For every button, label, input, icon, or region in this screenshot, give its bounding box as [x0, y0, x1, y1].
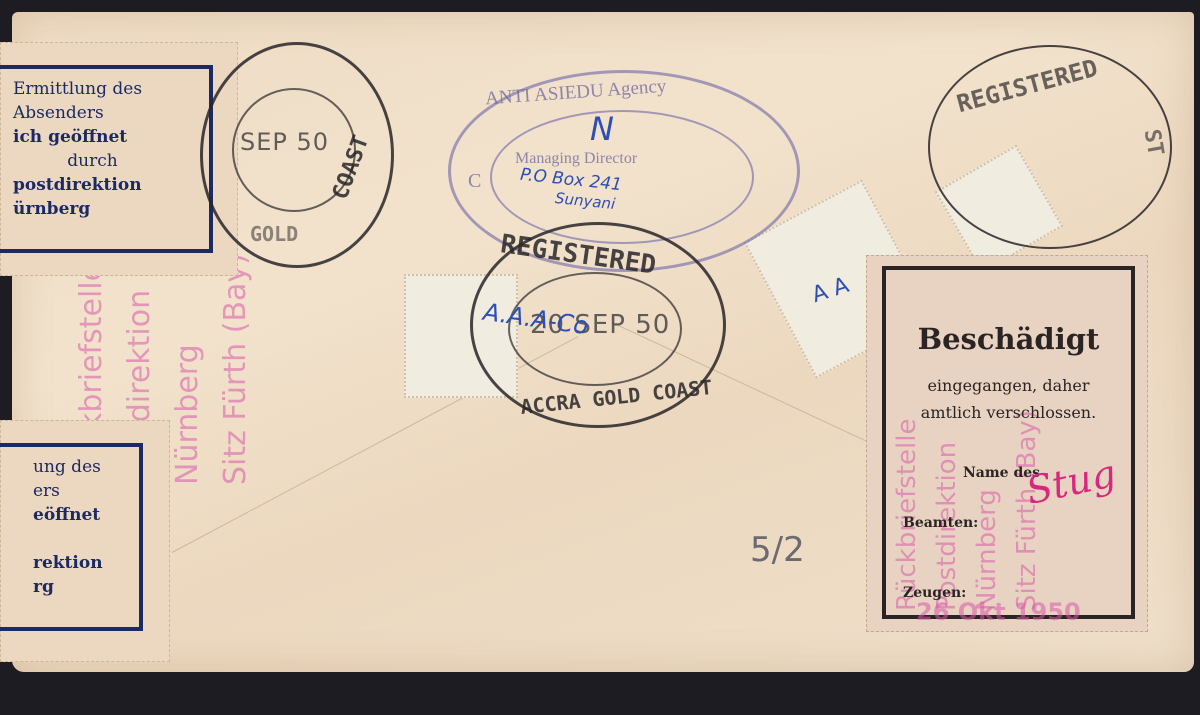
postmark-left-date: SEP 50	[240, 128, 329, 156]
censor-line: ich geöffnet	[13, 125, 142, 149]
official-signature: Stug	[1022, 451, 1119, 513]
postmark-left-bottom: GOLD	[250, 222, 298, 246]
damage-line-1: eingegangen, daher	[886, 376, 1131, 395]
pencil-notation: 5/2	[750, 530, 805, 570]
censor-line: Absenders	[13, 101, 142, 125]
censor-line: rg	[33, 575, 103, 599]
pink-stamp-line: Sitz Fürth (Bay)	[212, 253, 260, 485]
handwritten-initial: N	[590, 110, 614, 148]
censor-label-bottom: ung des ers eöffnet rektion rg	[0, 420, 170, 662]
censor-line: postdirektion	[13, 173, 142, 197]
damage-label: Rückbriefstelle Postdirektion Nürnberg S…	[866, 255, 1148, 632]
postmark-right-side: ST	[1139, 127, 1168, 157]
damage-box: Beschädigt eingegangen, daher amtlich ve…	[882, 266, 1135, 619]
censor-line: ers	[33, 479, 103, 503]
pink-stamp-date: 26 Okt 1950	[916, 598, 1081, 626]
damage-title: Beschädigt	[886, 322, 1131, 356]
damage-line-2: amtlich verschlossen.	[886, 403, 1131, 422]
censor-box: Ermittlung des Absenders ich geöffnet du…	[0, 65, 213, 253]
censor-line: rektion	[33, 551, 103, 575]
censor-line: ung des	[33, 455, 103, 479]
censor-line: durch	[13, 149, 142, 173]
censor-box: ung des ers eöffnet rektion rg	[0, 443, 143, 631]
censor-line	[33, 527, 103, 551]
agency-cachet-bottom: C	[468, 170, 481, 193]
field-official-label: Beamten:	[903, 515, 978, 531]
censor-line: Ermittlung des	[13, 77, 142, 101]
censor-line: eöffnet	[33, 503, 103, 527]
pink-stamp-line: Nürnberg	[164, 253, 212, 485]
censor-line: ürnberg	[13, 197, 142, 221]
